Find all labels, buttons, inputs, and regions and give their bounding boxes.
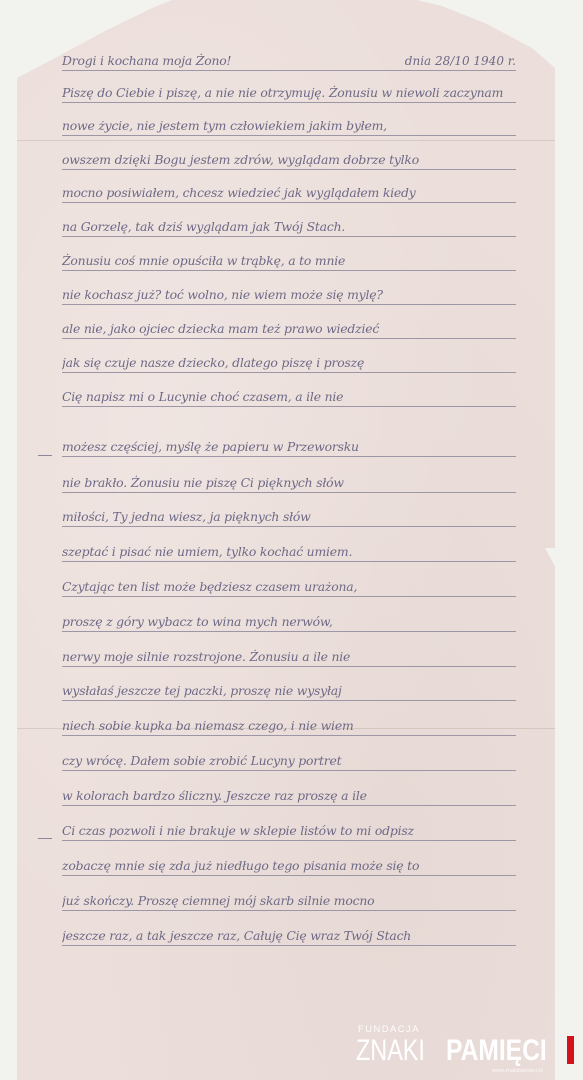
line-text: zobaczę mnie się zda już niedługo tego p…	[62, 858, 516, 873]
line-text: nerwy moje silnie rozstrojone. Żonusiu a…	[62, 649, 516, 664]
line-text: Piszę do Ciebie i piszę, a nie nie otrzy…	[62, 85, 516, 100]
letter-line: wysłałaś jeszcze tej paczki, proszę nie …	[62, 670, 516, 701]
letter-line: niech sobie kupka ba niemasz czego, i ni…	[62, 705, 516, 736]
letter-line: nie brakło. Żonusiu nie piszę Ci pięknyc…	[62, 462, 516, 493]
letter-line: nie kochasz już? toć wolno, nie wiem moż…	[62, 274, 516, 305]
watermark-name-light: ZNAKI	[356, 1034, 425, 1068]
line-text: ale nie, jako ojciec dziecka mam też pra…	[62, 321, 516, 336]
letter-line: nerwy moje silnie rozstrojone. Żonusiu a…	[62, 636, 516, 667]
line-text: na Gorzelę, tak dziś wyglądam jak Twój S…	[62, 219, 516, 234]
letter-line: już skończy. Proszę ciemnej mój skarb si…	[62, 880, 516, 911]
line-text: Ci czas pozwoli i nie brakuje w sklepie …	[62, 823, 516, 838]
line-text: owszem dzięki Bogu jestem zdrów, wygląda…	[62, 152, 516, 167]
letter-line: czy wrócę. Dałem sobie zrobić Lucyny por…	[62, 740, 516, 771]
letter-line: Żonusiu coś mnie opuściła w trąbkę, a to…	[62, 240, 516, 271]
line-text: nie kochasz już? toć wolno, nie wiem moż…	[62, 287, 516, 302]
line-text: możesz częściej, myślę że papieru w Prze…	[62, 439, 516, 454]
line-text: Cię napisz mi o Lucynie choć czasem, a i…	[62, 389, 516, 404]
margin-tick	[38, 838, 52, 839]
line-text: jak się czuje nasze dziecko, dlatego pis…	[62, 355, 516, 370]
watermark-red-bar-icon	[567, 1036, 574, 1064]
letter-line: miłości, Ty jedna wiesz, ja pięknych słó…	[62, 496, 516, 527]
letter-line: na Gorzelę, tak dziś wyglądam jak Twój S…	[62, 206, 516, 237]
letter-line: ale nie, jako ojciec dziecka mam też pra…	[62, 308, 516, 339]
letter-date: dnia 28/10 1940 r.	[405, 54, 516, 68]
letter-line: Czytając ten list może będziesz czasem u…	[62, 566, 516, 597]
watermark-name-bold: PAMIĘCI	[446, 1034, 547, 1068]
line-text: czy wrócę. Dałem sobie zrobić Lucyny por…	[62, 753, 516, 768]
letter-line: jeszcze raz, a tak jeszcze raz, Całuję C…	[62, 915, 516, 946]
letter-line: jak się czuje nasze dziecko, dlatego pis…	[62, 342, 516, 373]
letter-line: szeptać i pisać nie umiem, tylko kochać …	[62, 531, 516, 562]
line-text: niech sobie kupka ba niemasz czego, i ni…	[62, 718, 516, 733]
letter-line: owszem dzięki Bogu jestem zdrów, wygląda…	[62, 139, 516, 170]
watermark-url: www.znakipamieci.pl	[492, 1068, 543, 1074]
letter-line: Cię napisz mi o Lucynie choć czasem, a i…	[62, 376, 516, 407]
letter-line-salutation: Drogi i kochana moja Żono! dnia 28/10 19…	[62, 40, 516, 71]
line-text: jeszcze raz, a tak jeszcze raz, Całuję C…	[62, 928, 516, 943]
line-text: nowe życie, nie jestem tym człowiekiem j…	[62, 118, 516, 133]
letter-line: Piszę do Ciebie i piszę, a nie nie otrzy…	[62, 72, 516, 103]
margin-tick	[38, 455, 52, 456]
line-text: Żonusiu coś mnie opuściła w trąbkę, a to…	[62, 253, 516, 268]
letter-line: zobaczę mnie się zda już niedługo tego p…	[62, 845, 516, 876]
letter-line: możesz częściej, myślę że papieru w Prze…	[62, 426, 516, 457]
line-text: w kolorach bardzo śliczny. Jeszcze raz p…	[62, 788, 516, 803]
line-text: szeptać i pisać nie umiem, tylko kochać …	[62, 544, 516, 559]
salutation-text: Drogi i kochana moja Żono!	[62, 53, 356, 68]
line-text: proszę z góry wybacz to wina mych nerwów…	[62, 614, 516, 629]
line-text: miłości, Ty jedna wiesz, ja pięknych słó…	[62, 509, 516, 524]
line-text: Czytając ten list może będziesz czasem u…	[62, 579, 516, 594]
letter-line: proszę z góry wybacz to wina mych nerwów…	[62, 601, 516, 632]
fundacja-znaki-pamieci-watermark: FUNDACJA ZNAKI PAMIĘCI www.znakipamieci.…	[356, 1024, 580, 1078]
line-text: wysłałaś jeszcze tej paczki, proszę nie …	[62, 683, 516, 698]
letter-line: w kolorach bardzo śliczny. Jeszcze raz p…	[62, 775, 516, 806]
line-text: mocno posiwiałem, chcesz wiedzieć jak wy…	[62, 185, 516, 200]
letter-line: mocno posiwiałem, chcesz wiedzieć jak wy…	[62, 172, 516, 203]
line-text: już skończy. Proszę ciemnej mój skarb si…	[62, 893, 516, 908]
letter-line: nowe życie, nie jestem tym człowiekiem j…	[62, 105, 516, 136]
line-text: nie brakło. Żonusiu nie piszę Ci pięknyc…	[62, 475, 516, 490]
letter-line: Ci czas pozwoli i nie brakuje w sklepie …	[62, 810, 516, 841]
